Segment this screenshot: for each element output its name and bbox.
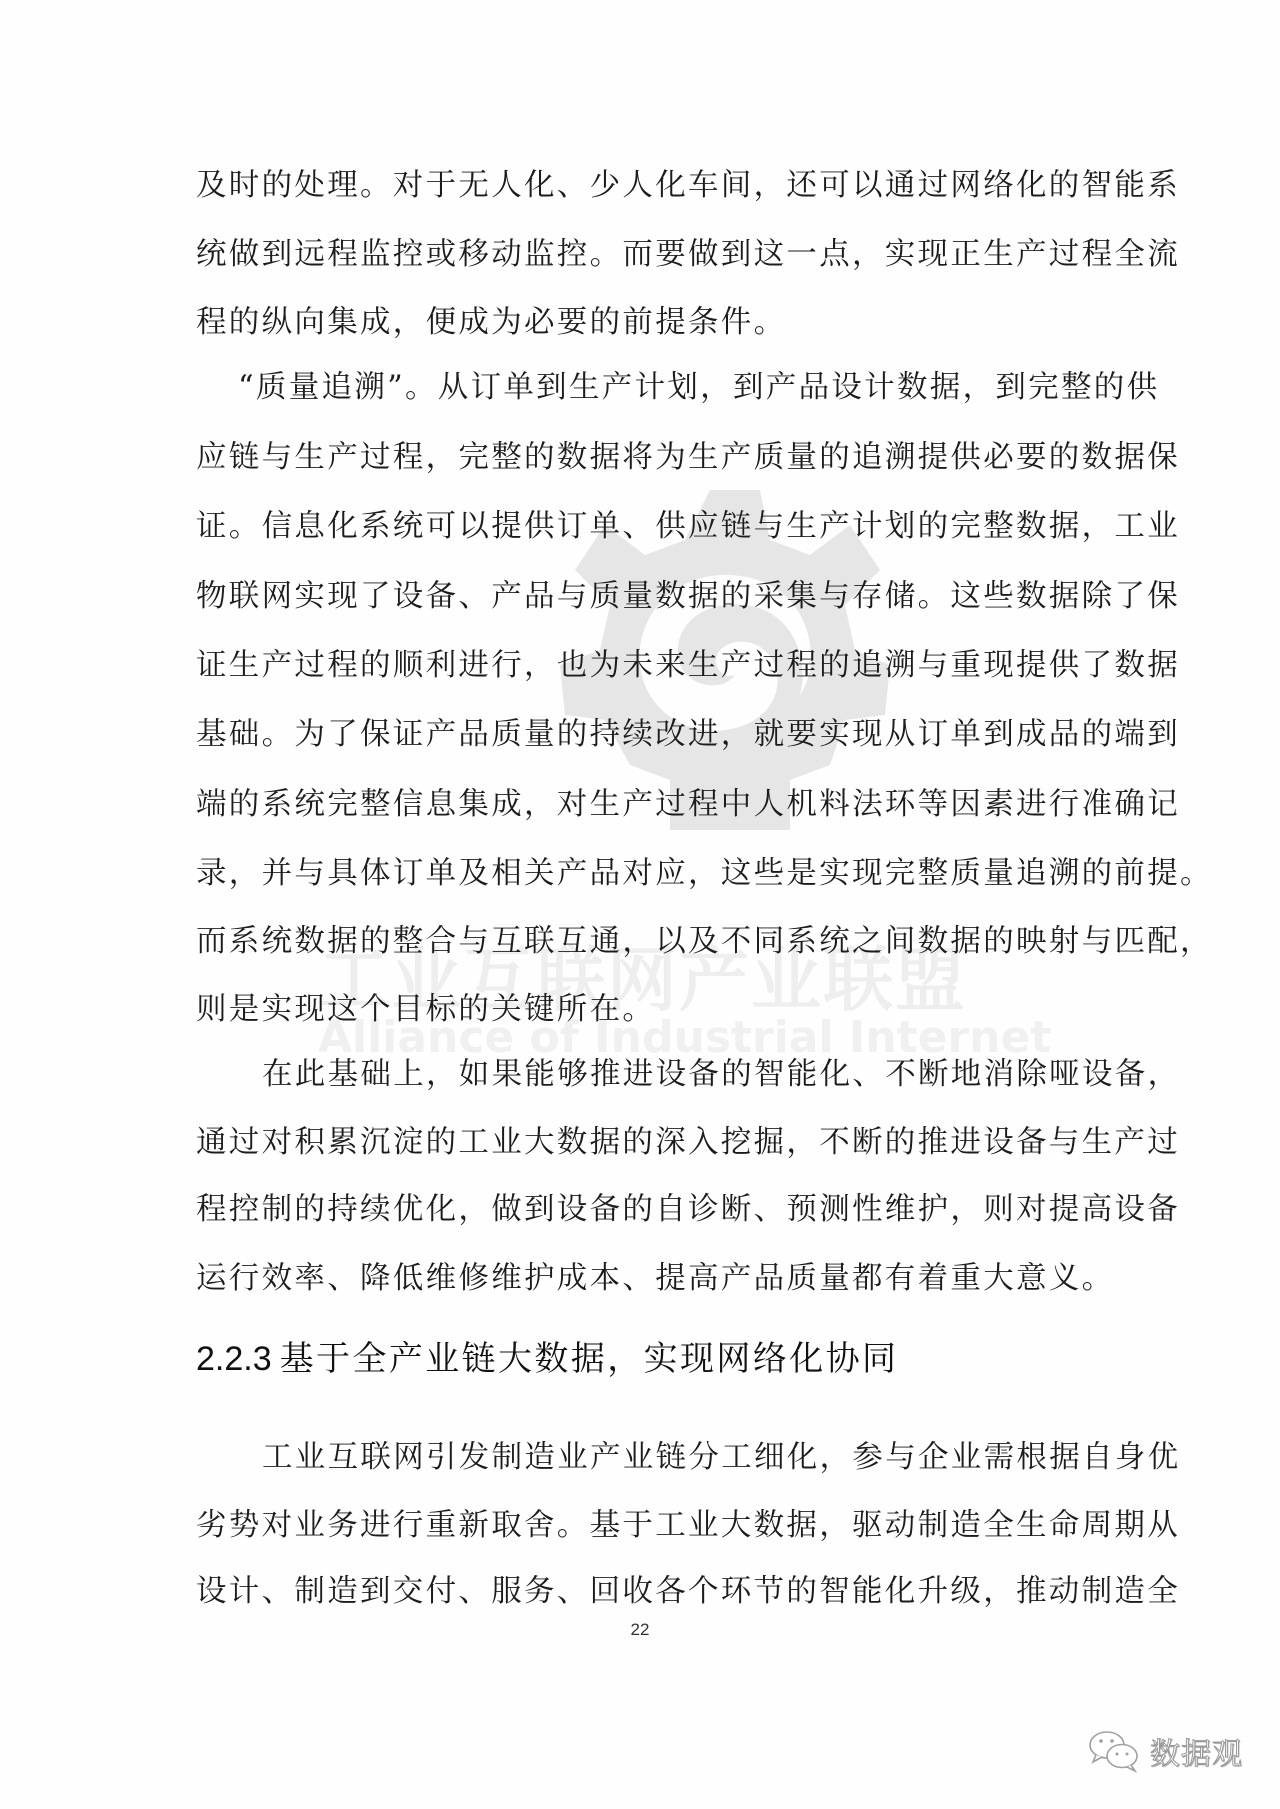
paragraph-line: 运行效率、降低维修维护成本、提高产品质量都有着重大意义。 <box>196 1259 1086 1299</box>
paragraph-line: 而系统数据的整合与互联互通，以及不同系统之间数据的映射与匹配， <box>196 922 1086 962</box>
paragraph-line: 端的系统完整信息集成，对生产过程中人机料法环等因素进行准确记 <box>196 785 1086 825</box>
brand-label: 数据观 <box>1150 1729 1243 1773</box>
document-page: 工业互联网产业联盟 Alliance of Industrial Interne… <box>0 0 1280 1809</box>
paragraph-line: 及时的处理。对于无人化、少人化车间，还可以通过网络化的智能系 <box>196 166 1086 206</box>
section-number: 2.2.3 <box>196 1340 272 1378</box>
paragraph-line: 通过对积累沉淀的工业大数据的深入挖掘，不断的推进设备与生产过 <box>196 1123 1086 1163</box>
paragraph-line: “质量追溯”。从订单到生产计划，到产品设计数据，到完整的供 <box>238 368 1086 408</box>
section-heading: 2.2.3基于全产业链大数据，实现网络化协同 <box>196 1337 898 1381</box>
paragraph-line: 统做到远程监控或移动监控。而要做到这一点，实现正生产过程全流 <box>196 235 1086 275</box>
paragraph-line: 则是实现这个目标的关键所在。 <box>196 990 1086 1030</box>
footer-brand: 数据观 <box>1088 1726 1243 1776</box>
wechat-icon <box>1088 1729 1140 1773</box>
paragraph-line: 设计、制造到交付、服务、回收各个环节的智能化升级，推动制造全 <box>196 1572 1086 1612</box>
paragraph-line: 在此基础上，如果能够推进设备的智能化、不断地消除哑设备， <box>262 1055 1086 1095</box>
paragraph-line: 劣势对业务进行重新取舍。基于工业大数据，驱动制造全生命周期从 <box>196 1506 1086 1546</box>
paragraph-line: 基础。为了保证产品质量的持续改进，就要实现从订单到成品的端到 <box>196 715 1086 755</box>
paragraph-line: 物联网实现了设备、产品与质量数据的采集与存储。这些数据除了保 <box>196 577 1086 617</box>
section-title: 基于全产业链大数据，实现网络化协同 <box>280 1339 899 1379</box>
paragraph-line: 证生产过程的顺利进行，也为未来生产过程的追溯与重现提供了数据 <box>196 646 1086 686</box>
paragraph-line: 程的纵向集成，便成为必要的前提条件。 <box>196 303 1086 343</box>
paragraph-line: 证。信息化系统可以提供订单、供应链与生产计划的完整数据，工业 <box>196 507 1086 547</box>
paragraph-line: 工业互联网引发制造业产业链分工细化，参与企业需根据自身优 <box>262 1438 1086 1478</box>
paragraph-line: 应链与生产过程，完整的数据将为生产质量的追溯提供必要的数据保 <box>196 438 1086 478</box>
paragraph-line: 程控制的持续优化，做到设备的自诊断、预测性维护，则对提高设备 <box>196 1190 1086 1230</box>
paragraph-line: 录，并与具体订单及相关产品对应，这些是实现完整质量追溯的前提。 <box>196 854 1086 894</box>
page-number: 22 <box>600 1620 680 1640</box>
